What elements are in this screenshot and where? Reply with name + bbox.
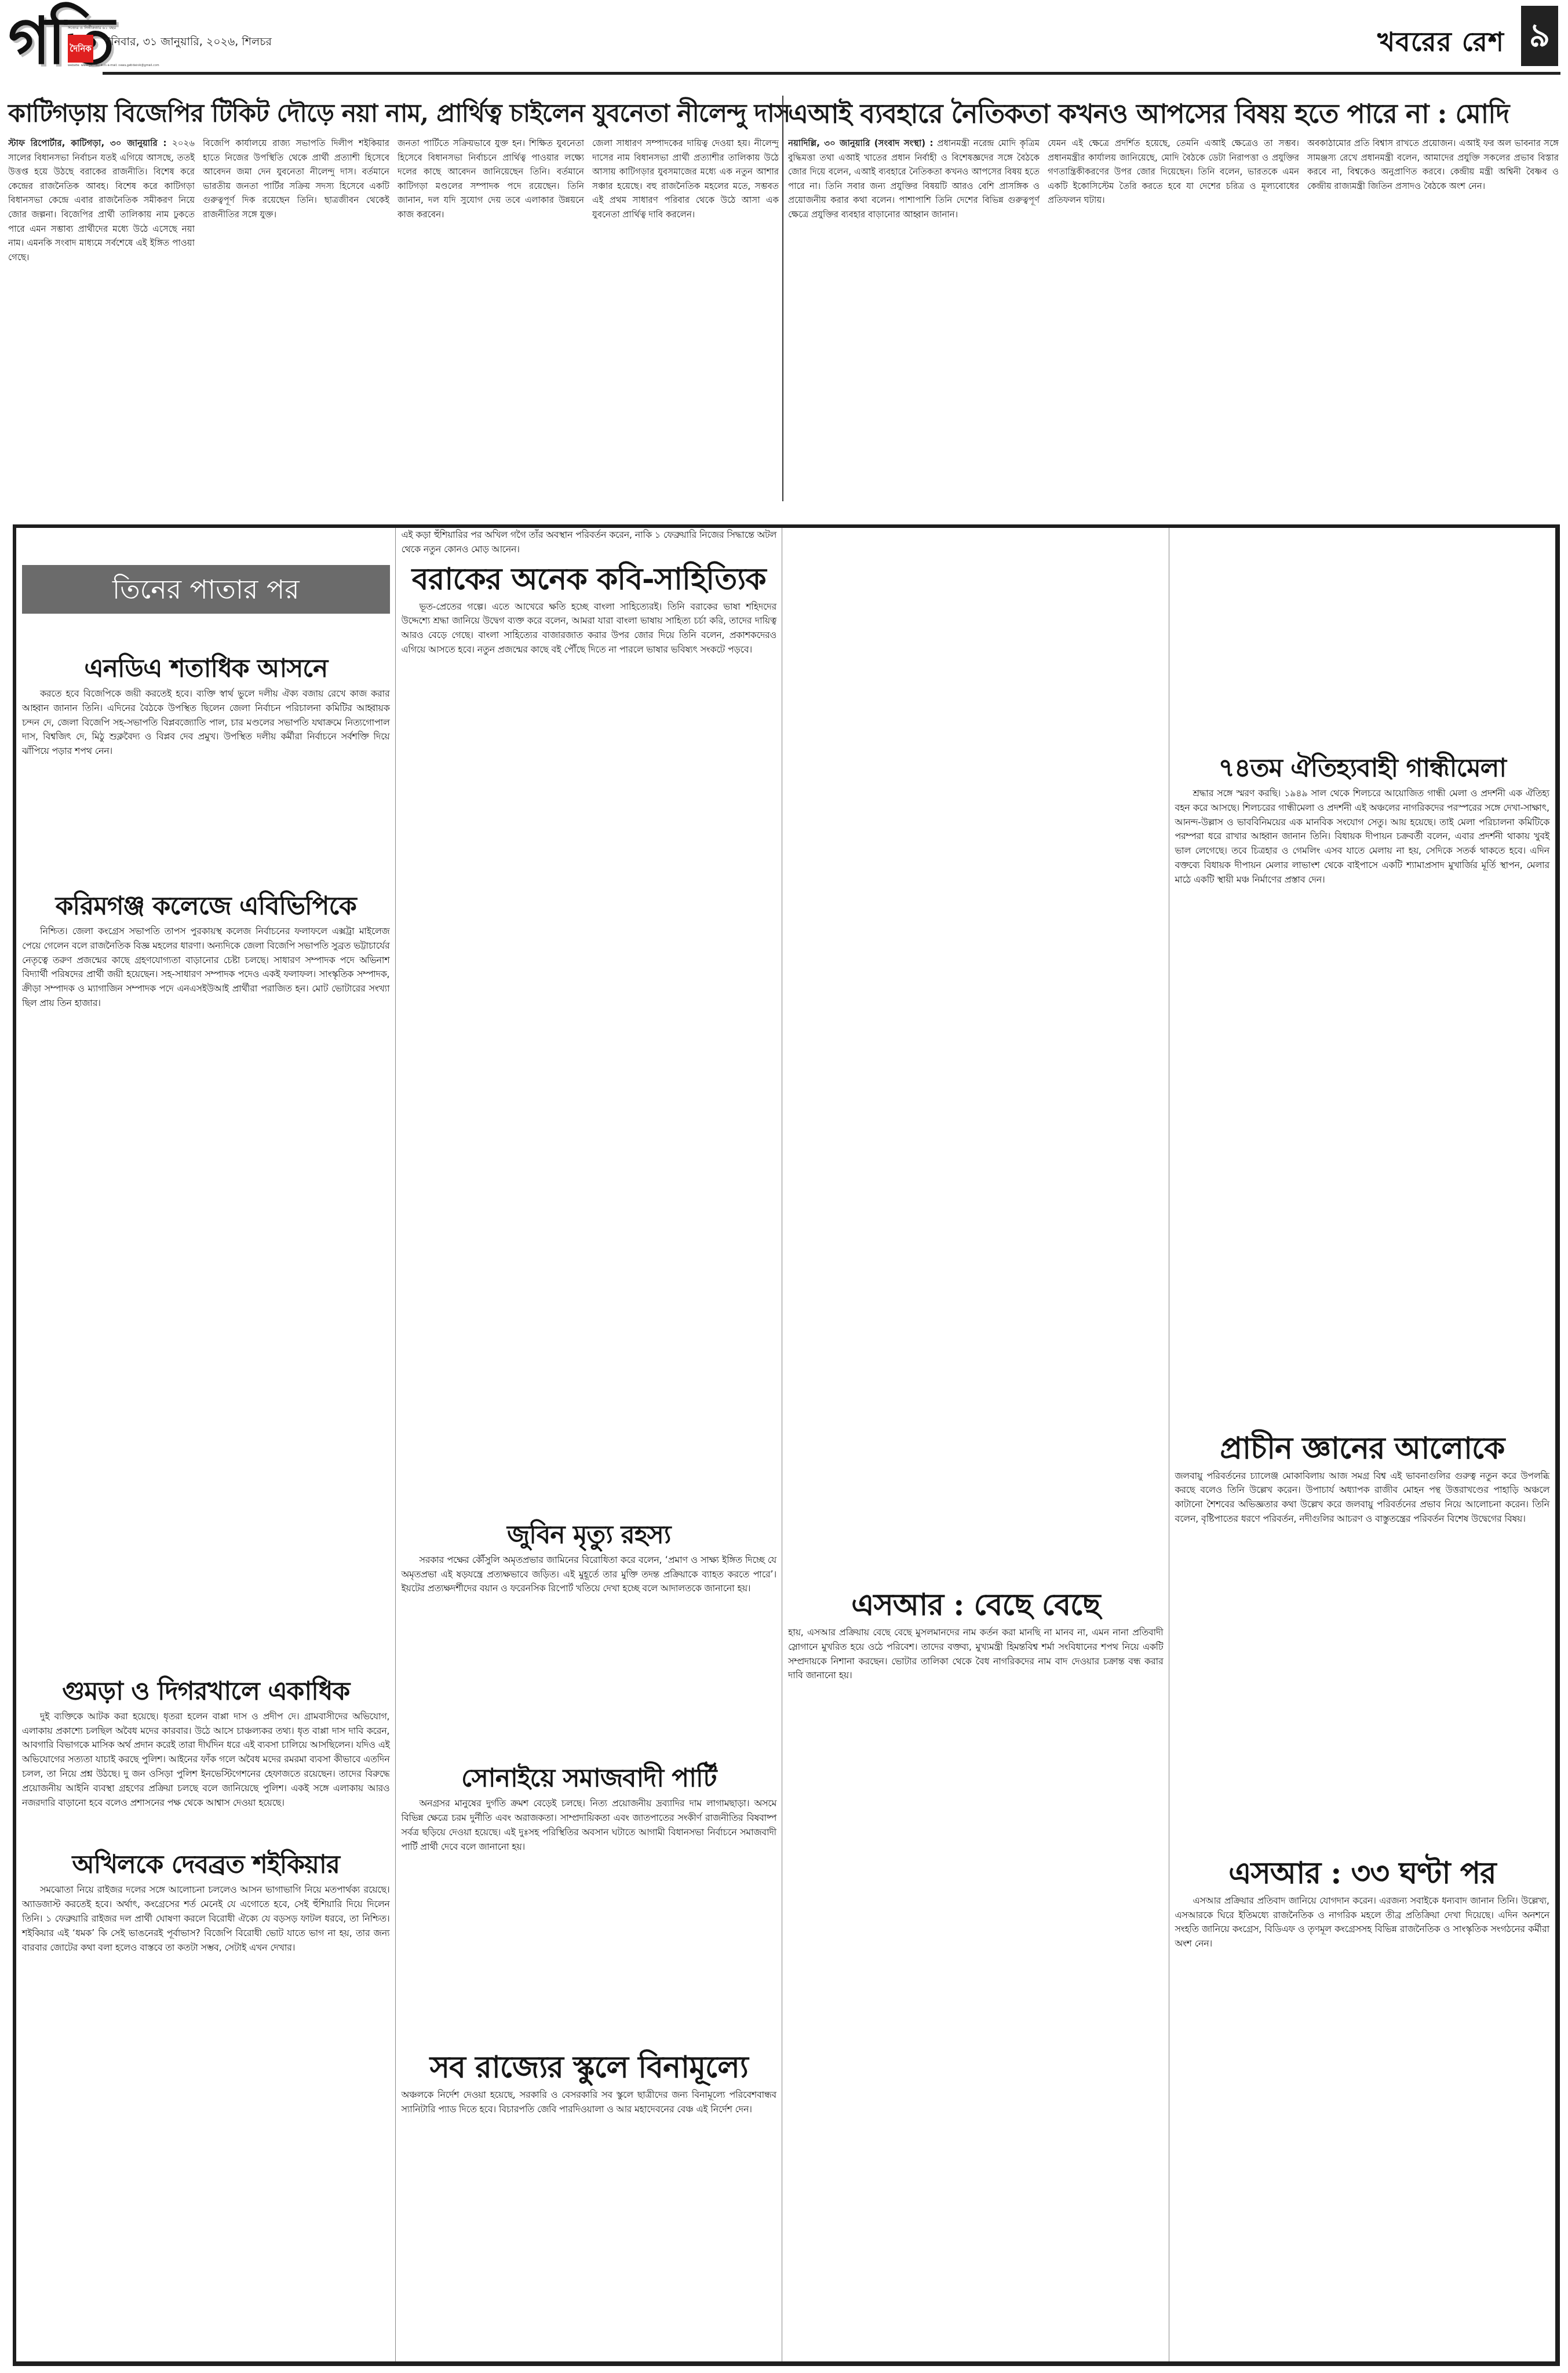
story-headline: এনডিএ শতাধিক আসনে (22, 652, 390, 686)
story-headline: অখিলকে দেবব্রত শইকিয়ার (22, 1848, 390, 1882)
article-dateline: স্টাফ রিপোর্টার, কাটিগড়া, ৩০ জানুয়ারি … (8, 138, 167, 148)
story-body: এই কড়া হুঁশিয়ারির পর অখিল গগৈ তাঁর অবস… (402, 528, 777, 557)
logo-contact: website: www.gatidainik.in e-mail: news.… (68, 64, 159, 67)
page-number-badge: ৯ (1521, 6, 1558, 66)
story-body: ভূত-প্রেতের গল্পে। এতে আখেরে ক্ষতি হচ্ছে… (402, 600, 777, 657)
column-2: এই কড়া হুঁশিয়ারির পর অখিল গগৈ তাঁর অবস… (396, 528, 783, 2361)
article-column: বিজেপি কার্যালয়ে রাজ্য সভাপতি দিলীপ শইক… (203, 136, 389, 507)
story-body: জলবায়ু পরিবর্তনের চ্যালেঞ্জ মোকাবিলায় … (1175, 1469, 1550, 1526)
masthead-divider (784, 72, 1560, 75)
story-body: অঞ্চলকে নির্দেশ দেওয়া হয়েছে, সরকারি ও … (402, 2088, 777, 2117)
article-column: স্টাফ রিপোর্টার, কাটিগড়া, ৩০ জানুয়ারি … (8, 136, 195, 507)
top-story-modi-ai: এআই ব্যবহারে নৈতিকতা কখনও আপসের বিষয় হত… (788, 96, 1559, 507)
continued-section: তিনের পাতার পর এনডিএ শতাধিক আসনে করতে হব… (13, 524, 1560, 2366)
story-headline: সব রাজ্যের স্কুলে বিনামূল্যে (402, 2048, 777, 2087)
dateline: শনিবার, ৩১ জানুয়ারি, ২০২৬, শিলচর (104, 34, 272, 52)
headline: এআই ব্যবহারে নৈতিকতা কখনও আপসের বিষয় হত… (788, 96, 1559, 132)
story-headline: এসআর : ৩৩ ঘণ্টা পর (1175, 1854, 1550, 1893)
masthead-divider (103, 72, 784, 75)
top-story-katigora: কাটিগড়ায় বিজেপির টিকিট দৌড়ে নয়া নাম,… (8, 96, 779, 507)
story-headline: ৭৪তম ঐতিহ্যবাহী গান্ধীমেলা (1175, 752, 1550, 785)
story-body: এসআর প্রক্রিয়ার প্রতিবাদ জানিয়ে যোগদান… (1175, 1894, 1550, 1951)
column-divider (782, 96, 783, 501)
story-headline: এসআর : বেছে বেছে (788, 1586, 1164, 1624)
column-3: এসআর : বেছে বেছে হায়, এসআর প্রক্রিয়ায়… (782, 528, 1169, 2361)
continued-banner: তিনের পাতার পর (22, 565, 390, 614)
story-headline: প্রাচীন জ্ঞানের আলোকে (1175, 1430, 1550, 1468)
article-column: অবকাঠামোর প্রতি বিশ্বাস রাখতে প্রয়োজন। … (1307, 136, 1559, 507)
story-body: শ্রদ্ধার সঙ্গে স্মরণ করছি। ১৯৪৯ সাল থেকে… (1175, 786, 1550, 887)
story-body: হায়, এসআর প্রক্রিয়ায় বেছে বেছে মুসলমা… (788, 1625, 1164, 1683)
story-body: সমঝোতা নিয়ে রাইজর দলের সঙ্গে আলোচনা চলল… (22, 1883, 390, 1955)
story-headline: বরাকের অনেক কবি-সাহিত্যিক (402, 560, 777, 599)
masthead: গতি সত্যের ও নির্ভীকতার ৬১ বছর দৈনিক web… (0, 0, 1568, 81)
story-body: করতে হবে বিজেপিকে জয়ী করতেই হবে। ব্যক্ত… (22, 687, 390, 759)
story-body: সরকার পক্ষের কৌঁসুলি অমৃতপ্রভার জামিনের … (402, 1553, 777, 1596)
story-headline: জুবিন মৃত্যু রহস্য (402, 1518, 777, 1552)
headline: কাটিগড়ায় বিজেপির টিকিট দৌড়ে নয়া নাম,… (8, 96, 779, 132)
story-body: দুই ব্যক্তিকে আটক করা হয়েছে। ধৃতরা হলেন… (22, 1709, 390, 1810)
logo-badge: দৈনিক (68, 35, 93, 63)
story-body: নিশ্চিত। জেলা কংগ্রেস সভাপতি তাপস পুরকায… (22, 924, 390, 1011)
story-body: অনগ্রসর মানুষের দুর্গতি ক্রমশ বেড়েই চলছ… (402, 1796, 777, 1854)
article-column: জেলা সাধারণ সম্পাদকের দায়িত্ব দেওয়া হয… (592, 136, 779, 507)
story-headline: গুমড়া ও দিগরখালে একাধিক (22, 1675, 390, 1708)
story-headline: করিমগঞ্জ কলেজে এবিভিপিকে (22, 890, 390, 923)
article-column: যেমন এই ক্ষেত্রে প্রদর্শিত হয়েছে, তেমনি… (1048, 136, 1299, 507)
story-headline: সোনাইয়ে সমাজবাদী পার্টি (402, 1762, 777, 1795)
section-title: খবরের রেশ (1377, 22, 1504, 66)
article-column: জনতা পার্টিতে সক্রিয়ভাবে যুক্ত হন। শিক্… (398, 136, 584, 507)
article-column: নয়াদিল্লি, ৩০ জানুয়ারি (সংবাদ সংস্থা) … (788, 136, 1040, 507)
article-dateline: নয়াদিল্লি, ৩০ জানুয়ারি (সংবাদ সংস্থা) … (788, 138, 933, 148)
logo-tagline: সত্যের ও নির্ভীকতার ৬১ বছর (68, 25, 116, 30)
column-4: ৭৪তম ঐতিহ্যবাহী গান্ধীমেলা শ্রদ্ধার সঙ্গ… (1169, 528, 1556, 2361)
column-1: তিনের পাতার পর এনডিএ শতাধিক আসনে করতে হব… (16, 528, 396, 2361)
